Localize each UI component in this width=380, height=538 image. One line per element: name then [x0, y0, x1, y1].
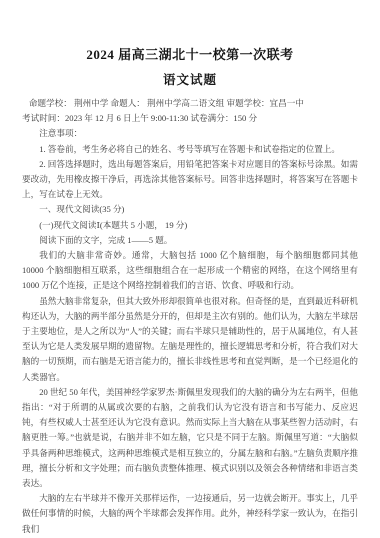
passage-paragraph-2: 虽然大脑非常复杂，但其大致外形却很简单也很对称。但奇怪的是，直到最近科研机构还认…: [22, 294, 358, 385]
notes-heading: 注意事项：: [22, 126, 358, 141]
note-item-1: 1. 答卷前，考生务必将自己的姓名、考号等填写在答题卡和试卷指定的位置上。: [22, 142, 358, 157]
exam-meta-time: 考试时间：2023 年 12 月 6 日上午 9:00-11:30 试卷满分：1…: [22, 111, 358, 126]
section-heading: 一、现代文阅读(35 分): [22, 202, 358, 217]
passage-paragraph-1: 我们的大脑非常奇妙。通常，大脑包括 1000 亿个脑细胞，每个脑细胞都同其他 1…: [22, 248, 358, 294]
subsection-heading: (一)现代文阅读Ⅰ(本题共 5 小题， 19 分): [22, 218, 358, 233]
exam-subtitle: 语文试题: [22, 70, 358, 88]
reading-instruction: 阅读下面的文字，完成 1——5 题。: [22, 233, 358, 248]
note-item-2: 2. 回答选择题时，选出每题答案后，用铅笔把答案卡对应题目的答案标号涂黑。如需要…: [22, 157, 358, 203]
exam-meta-schools: 命题学校： 荆州中学 命题人： 荆州中学高二语文组 审题学校：宜昌一中: [22, 96, 358, 111]
exam-paper-page: 2024 届高三湖北十一校第一次联考 语文试题 命题学校： 荆州中学 命题人： …: [0, 0, 380, 538]
passage-paragraph-4: 大脑的左右半球并不像开关那样运作，一边接通后，另一边就会断开。事实上，几乎做任何…: [22, 491, 358, 537]
passage-paragraph-3: 20 世纪 50 年代，美国神经学家罗杰·斯佩里发现我们的大脑的确分为左右两半，…: [22, 385, 358, 491]
exam-title: 2024 届高三湖北十一校第一次联考: [22, 44, 358, 63]
